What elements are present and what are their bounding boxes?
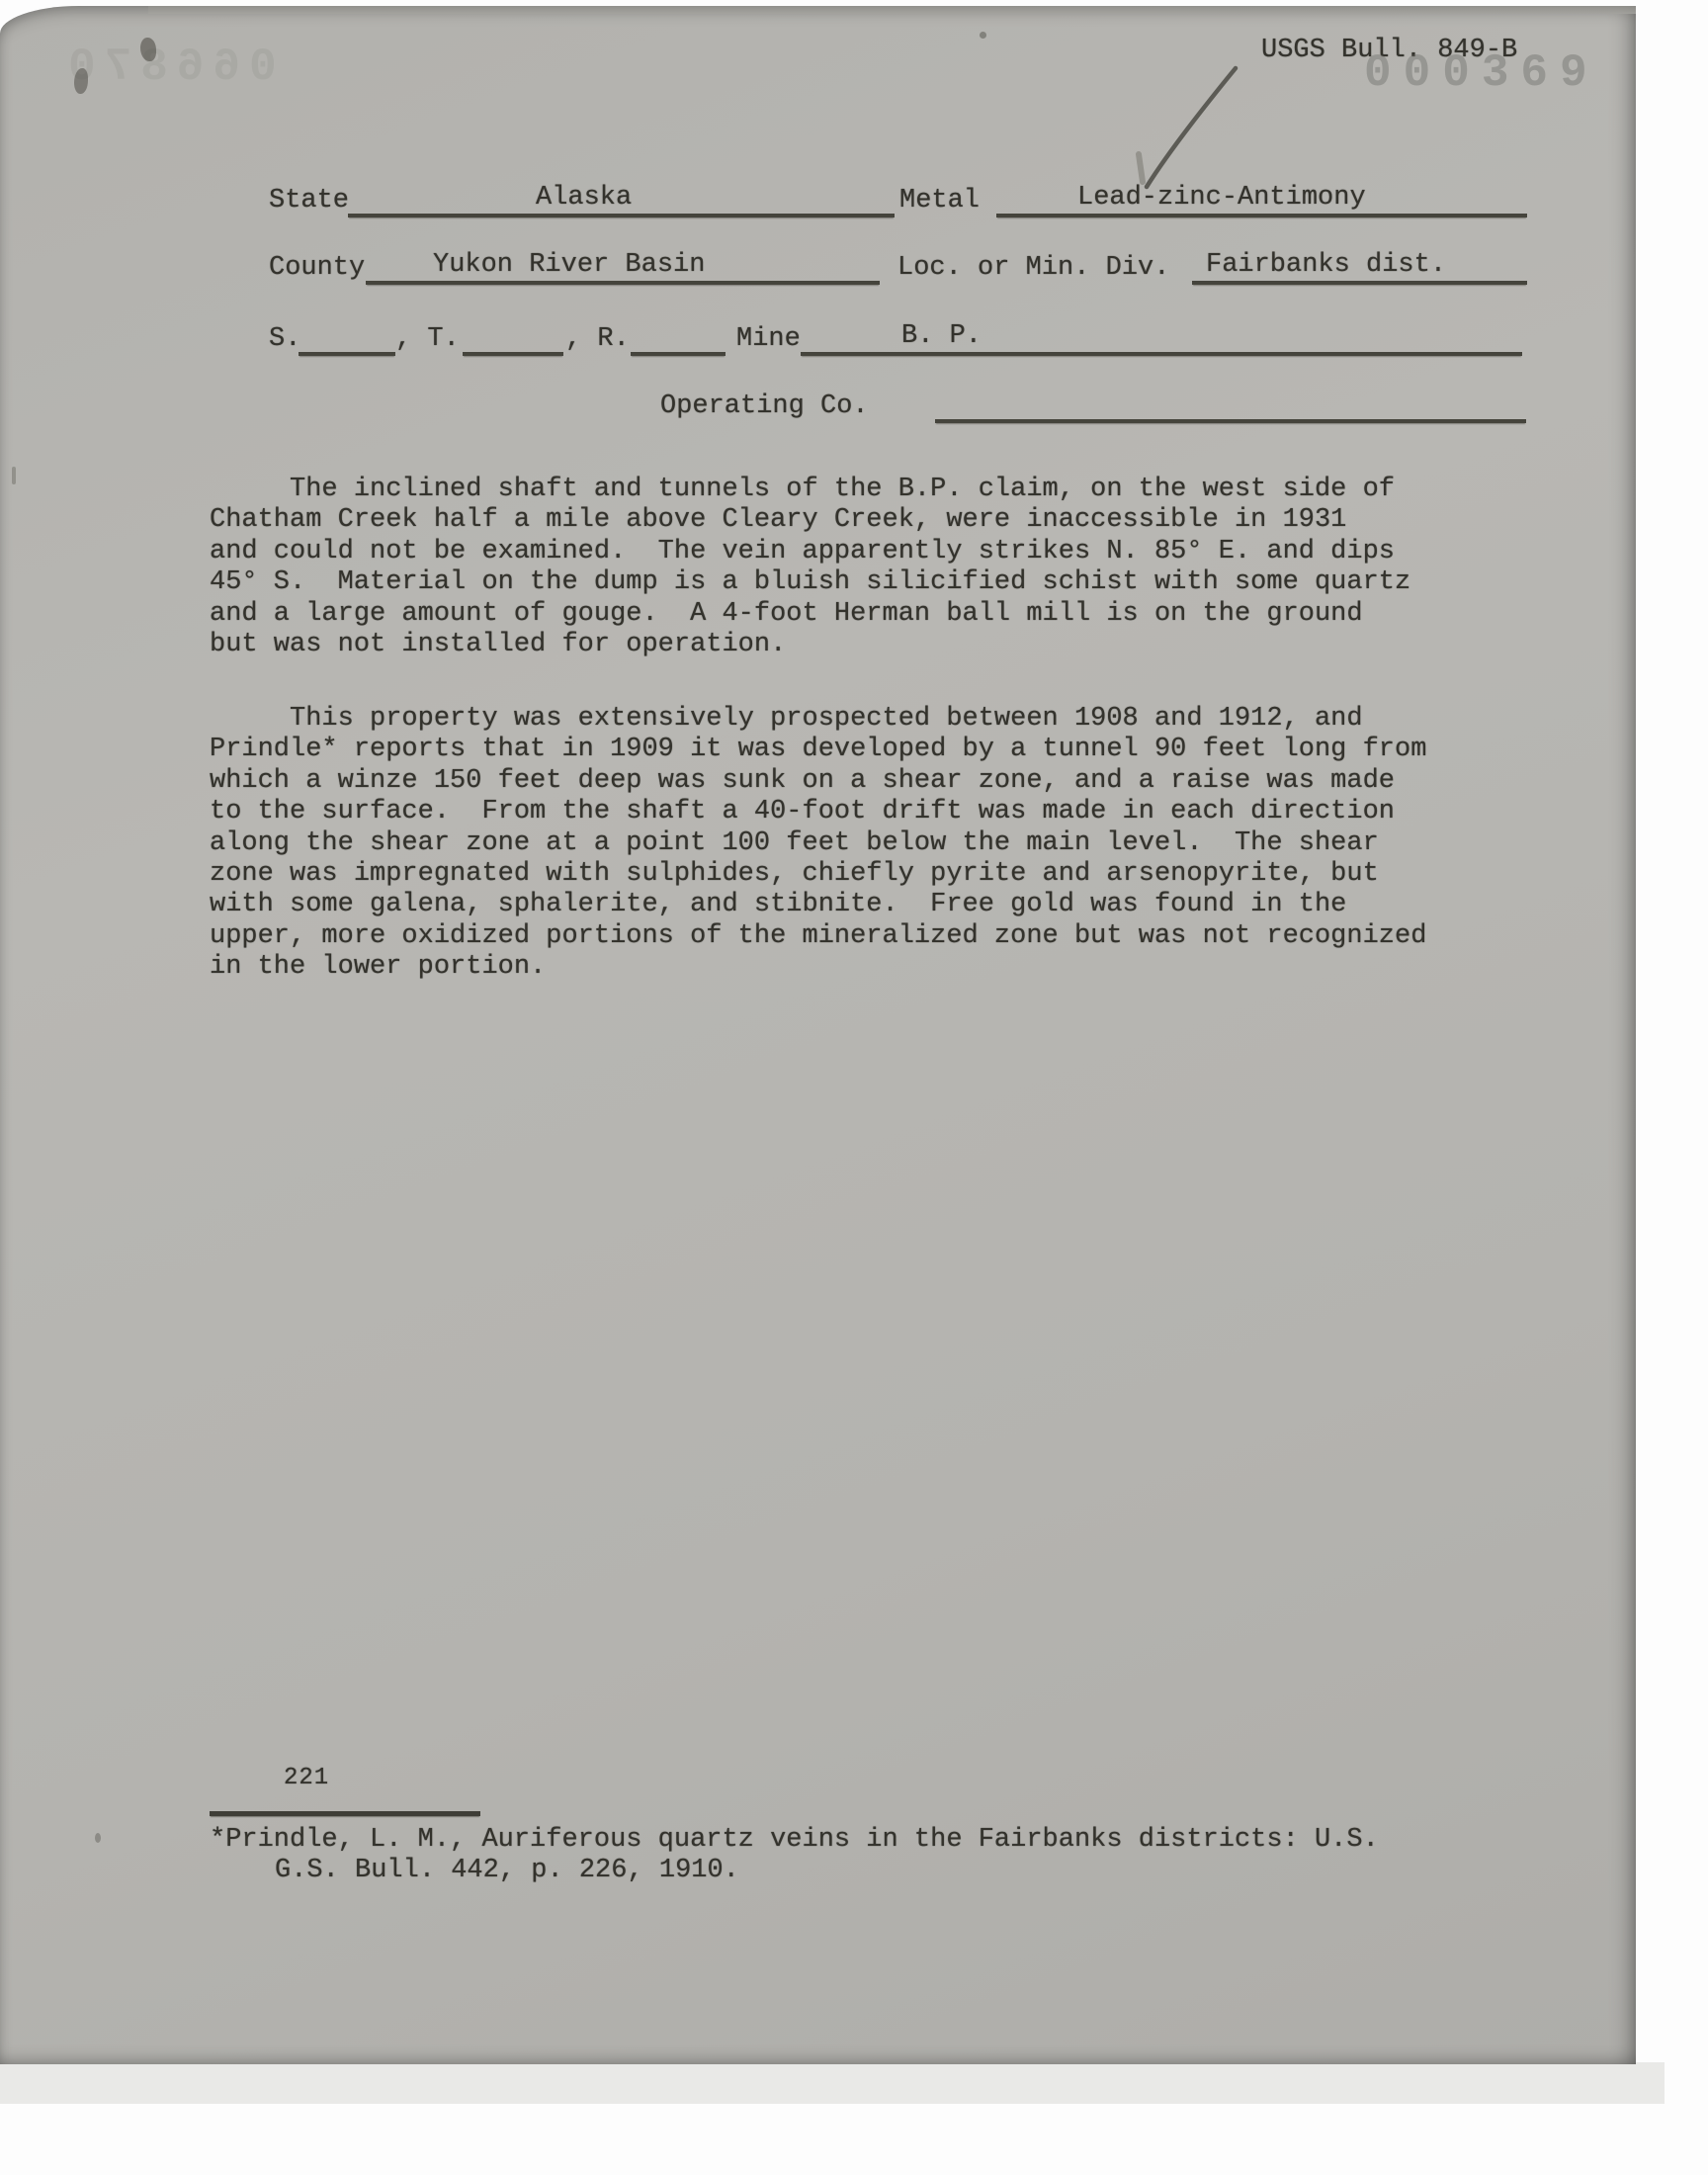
- county-label: County: [269, 253, 365, 283]
- county-value: Yukon River Basin: [366, 250, 880, 280]
- footnote-line-1: *Prindle, L. M., Auriferous quartz veins…: [210, 1825, 1379, 1855]
- footnote-rule: [210, 1811, 480, 1816]
- footnote-line-2: G.S. Bull. 442, p. 226, 1910.: [275, 1856, 739, 1885]
- metal-underline: Lead-zinc-Antimony: [996, 174, 1527, 217]
- location-label: Loc. or Min. Div.: [897, 253, 1169, 283]
- metal-label: Metal: [899, 186, 980, 216]
- section-label: S.: [269, 324, 300, 354]
- operating-co-label: Operating Co.: [660, 391, 869, 421]
- range-label: , R.: [565, 324, 630, 354]
- scanned-page: 066870 USGS Bull. 849-B 000369 State Ala…: [0, 0, 1708, 2175]
- range-underline: [631, 312, 726, 356]
- state-value: Alaska: [348, 183, 895, 213]
- township-label: , T.: [395, 324, 460, 354]
- body-paragraph-2: This property was extensively prospected…: [210, 704, 1475, 984]
- state-label: State: [269, 186, 349, 216]
- stamped-serial-number: 000369: [1364, 47, 1599, 99]
- location-underline: Fairbanks dist.: [1192, 241, 1527, 285]
- page-number: 221: [284, 1765, 329, 1791]
- section-underline: [299, 312, 395, 356]
- metal-value: Lead-zinc-Antimony: [996, 183, 1527, 213]
- mine-value: B. P.: [801, 321, 1522, 351]
- township-underline: [463, 312, 563, 356]
- mine-underline: B. P.: [801, 312, 1522, 356]
- bleedthrough-stamp: 066870: [59, 42, 277, 93]
- state-underline: Alaska: [348, 174, 895, 217]
- mine-label: Mine: [736, 324, 801, 354]
- operating-co-underline: [935, 380, 1526, 423]
- ink-speck: [140, 38, 156, 61]
- paper-top-edge: [148, 6, 1636, 14]
- paper-sheet: 066870 USGS Bull. 849-B 000369 State Ala…: [0, 6, 1636, 2064]
- body-paragraph-1: The inclined shaft and tunnels of the B.…: [210, 475, 1475, 660]
- ink-speck: [95, 1833, 101, 1843]
- location-value: Fairbanks dist.: [1192, 250, 1527, 280]
- ink-speck: [12, 467, 16, 484]
- ink-speck: [980, 32, 986, 39]
- county-underline: Yukon River Basin: [366, 241, 880, 285]
- scanner-bed-strip: [0, 2062, 1665, 2104]
